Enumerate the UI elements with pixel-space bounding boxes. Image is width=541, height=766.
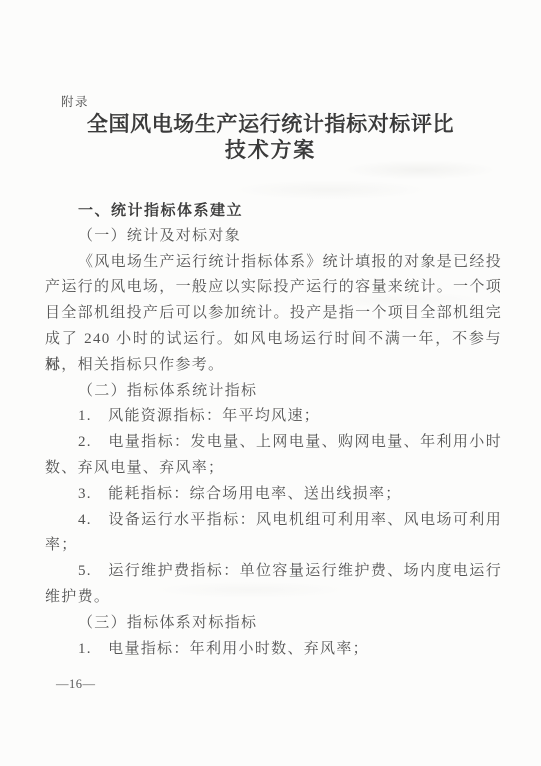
list-item: 2. 电量指标：发电量、上网电量、购网电量、年利用小时 [45,430,502,456]
page-number: —16— [56,677,96,692]
list-item: 3. 能耗指标：综合场用电率、送出线损率； [45,482,502,508]
subsection-heading: （一）统计及对标对象 [45,224,502,250]
body-line: 产运行的风电场，一般应以实际投产运行的容量来统计。一个项 [45,275,502,301]
document-page: 附录 全国风电场生产运行统计指标对标评比 技术方案 一、统计指标体系建立 （一）… [0,0,541,766]
section-heading: 一、统计指标体系建立 [45,198,502,224]
document-title: 全国风电场生产运行统计指标对标评比 技术方案 [0,112,541,163]
body-line: 目全部机组投产后可以参加统计。投产是指一个项目全部机组完 [45,301,502,327]
body-line: 成了 240 小时的试运行。如风电场运行时间不满一年，不参与对 [45,327,502,353]
list-item: 5. 运行维护费指标：单位容量运行维护费、场内度电运行 [45,559,502,585]
list-item: 率； [45,533,502,559]
subsection-heading: （三）指标体系对标指标 [45,611,502,637]
list-item: 1. 风能资源指标：年平均风速； [45,404,502,430]
body-line: 《风电场生产运行统计指标体系》统计填报的对象是已经投 [45,250,502,276]
document-body: 一、统计指标体系建立 （一）统计及对标对象 《风电场生产运行统计指标体系》统计填… [45,198,502,662]
list-item: 4. 设备运行水平指标：风电机组可利用率、风电场可利用 [45,508,502,534]
body-line: 标，相关指标只作参考。 [45,353,502,379]
document-title-line2: 技术方案 [0,137,541,163]
document-title-line1: 全国风电场生产运行统计指标对标评比 [0,112,541,137]
list-item: 1. 电量指标：年利用小时数、弃风率； [45,637,502,663]
list-item: 数、弃风电量、弃风率； [45,456,502,482]
appendix-label: 附录 [61,92,89,110]
subsection-heading: （二）指标体系统计指标 [45,379,502,405]
list-item: 维护费。 [45,585,502,611]
